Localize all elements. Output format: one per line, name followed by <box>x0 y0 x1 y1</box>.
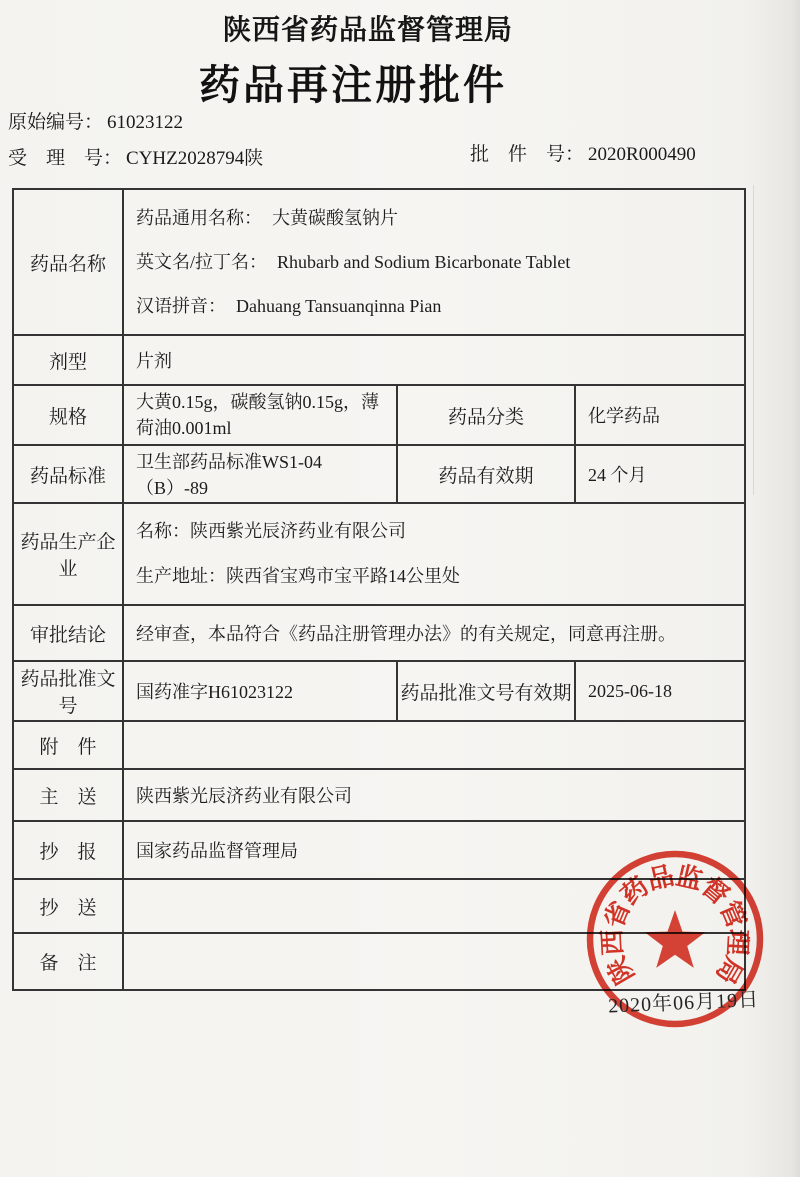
manufacturer-address-label: 生产地址： <box>136 566 226 586</box>
row-approval-number: 药品批准文号 国药准字H61023122 药品批准文号有效期 2025-06-1… <box>13 661 745 721</box>
document-title: 药品再注册批件 <box>0 52 706 111</box>
field-label-drug-class: 药品分类 <box>397 385 575 445</box>
manufacturer-address-value: 陕西省宝鸡市宝平路14公里处 <box>226 566 460 586</box>
field-value-drug-name: 药品通用名称：大黄碳酸氢钠片 英文名/拉丁名：Rhubarb and Sodiu… <box>123 189 745 335</box>
row-conclusion: 审批结论 经审查，本品符合《药品注册管理办法》的有关规定，同意再注册。 <box>13 605 745 661</box>
stamp-char: 西 <box>597 929 627 956</box>
field-label-drug-name: 药品名称 <box>13 189 123 335</box>
stamp-star-icon <box>645 910 706 968</box>
field-value-manufacturer: 名称：陕西紫光辰济药业有限公司 生产地址：陕西省宝鸡市宝平路14公里处 <box>123 503 745 605</box>
field-label-attachment: 附 件 <box>13 721 123 769</box>
field-value-main-send: 陕西紫光辰济药业有限公司 <box>123 769 745 821</box>
row-standard: 药品标准 卫生部药品标准WS1-04（B）-89 药品有效期 24 个月 <box>13 445 745 503</box>
field-label-dosage-form: 剂型 <box>13 335 123 385</box>
paper-crease-line <box>753 185 754 495</box>
original-number-label: 原始编号： <box>8 112 103 133</box>
acceptance-number-label: 受 理 号： <box>8 148 122 169</box>
row-main-send: 主 送 陕西紫光辰济药业有限公司 <box>13 769 745 821</box>
row-specification: 规格 大黄0.15g，碳酸氢钠0.15g，薄荷油0.001ml 药品分类 化学药… <box>13 385 745 445</box>
field-value-approval-validity: 2025-06-18 <box>575 661 745 721</box>
field-value-conclusion: 经审查，本品符合《药品注册管理办法》的有关规定，同意再注册。 <box>123 605 745 661</box>
field-label-standard: 药品标准 <box>13 445 123 503</box>
pinyin-name-value: Dahuang Tansuanqinna Pian <box>236 296 441 316</box>
scanned-approval-document: 陕西省药品监督管理局 药品再注册批件 原始编号：61023122 受 理 号：C… <box>0 0 800 1177</box>
manufacturer-name-line: 名称：陕西紫光辰济药业有限公司 <box>136 509 736 554</box>
generic-name-label: 药品通用名称： <box>136 208 262 228</box>
original-number-line: 原始编号：61023122 <box>8 107 183 134</box>
approval-number-label: 批 件 号： <box>470 144 584 165</box>
field-label-approval-validity: 药品批准文号有效期 <box>397 661 575 721</box>
pinyin-name-line: 汉语拼音：Dahuang Tansuanqinna Pian <box>136 284 736 328</box>
field-label-remarks: 备 注 <box>13 933 123 990</box>
field-value-specification: 大黄0.15g，碳酸氢钠0.15g，薄荷油0.001ml <box>123 385 397 445</box>
original-number-value: 61023122 <box>107 112 183 133</box>
field-label-main-send: 主 送 <box>13 769 123 821</box>
acceptance-number-value: CYHZ2028794陕 <box>126 148 263 169</box>
field-value-approval-number: 国药准字H61023122 <box>123 661 397 721</box>
field-label-specification: 规格 <box>13 385 123 445</box>
row-dosage-form: 剂型 片剂 <box>13 335 745 385</box>
english-name-line: 英文名/拉丁名：Rhubarb and Sodium Bicarbonate T… <box>136 240 736 284</box>
row-attachment: 附 件 <box>13 721 745 769</box>
field-label-approval-number: 药品批准文号 <box>13 661 123 721</box>
field-value-standard: 卫生部药品标准WS1-04（B）-89 <box>123 445 397 503</box>
english-name-value: Rhubarb and Sodium Bicarbonate Tablet <box>277 252 570 272</box>
stamp-char: 陕 <box>601 952 640 990</box>
pinyin-name-label: 汉语拼音： <box>136 296 226 316</box>
field-value-dosage-form: 片剂 <box>123 335 745 385</box>
issuing-authority-title: 陕西省药品监督管理局 <box>0 8 736 48</box>
manufacturer-address-line: 生产地址：陕西省宝鸡市宝平路14公里处 <box>136 554 736 599</box>
stamp-char: 品 <box>645 861 677 895</box>
field-label-conclusion: 审批结论 <box>13 605 123 661</box>
generic-name-value: 大黄碳酸氢钠片 <box>272 208 398 228</box>
manufacturer-name-value: 陕西紫光辰济药业有限公司 <box>190 521 406 541</box>
approval-number-line: 批 件 号：2020R000490 <box>470 139 696 166</box>
field-value-shelf-life: 24 个月 <box>575 445 745 503</box>
acceptance-number-line: 受 理 号：CYHZ2028794陕 <box>8 143 263 170</box>
field-label-manufacturer: 药品生产企业 <box>13 503 123 605</box>
manufacturer-name-label: 名称： <box>136 521 190 541</box>
generic-name-line: 药品通用名称：大黄碳酸氢钠片 <box>136 196 736 240</box>
field-label-copy-report: 抄 报 <box>13 821 123 879</box>
field-value-attachment <box>123 721 745 769</box>
row-manufacturer: 药品生产企业 名称：陕西紫光辰济药业有限公司 生产地址：陕西省宝鸡市宝平路14公… <box>13 503 745 605</box>
row-drug-name: 药品名称 药品通用名称：大黄碳酸氢钠片 英文名/拉丁名：Rhubarb and … <box>13 189 745 335</box>
field-value-drug-class: 化学药品 <box>575 385 745 445</box>
specification-text: 大黄0.15g，碳酸氢钠0.15g，薄荷油0.001ml <box>136 389 388 441</box>
field-label-shelf-life: 药品有效期 <box>397 445 575 503</box>
field-label-copy-send: 抄 送 <box>13 879 123 933</box>
english-name-label: 英文名/拉丁名： <box>136 252 267 272</box>
approval-number-value: 2020R000490 <box>588 144 696 165</box>
